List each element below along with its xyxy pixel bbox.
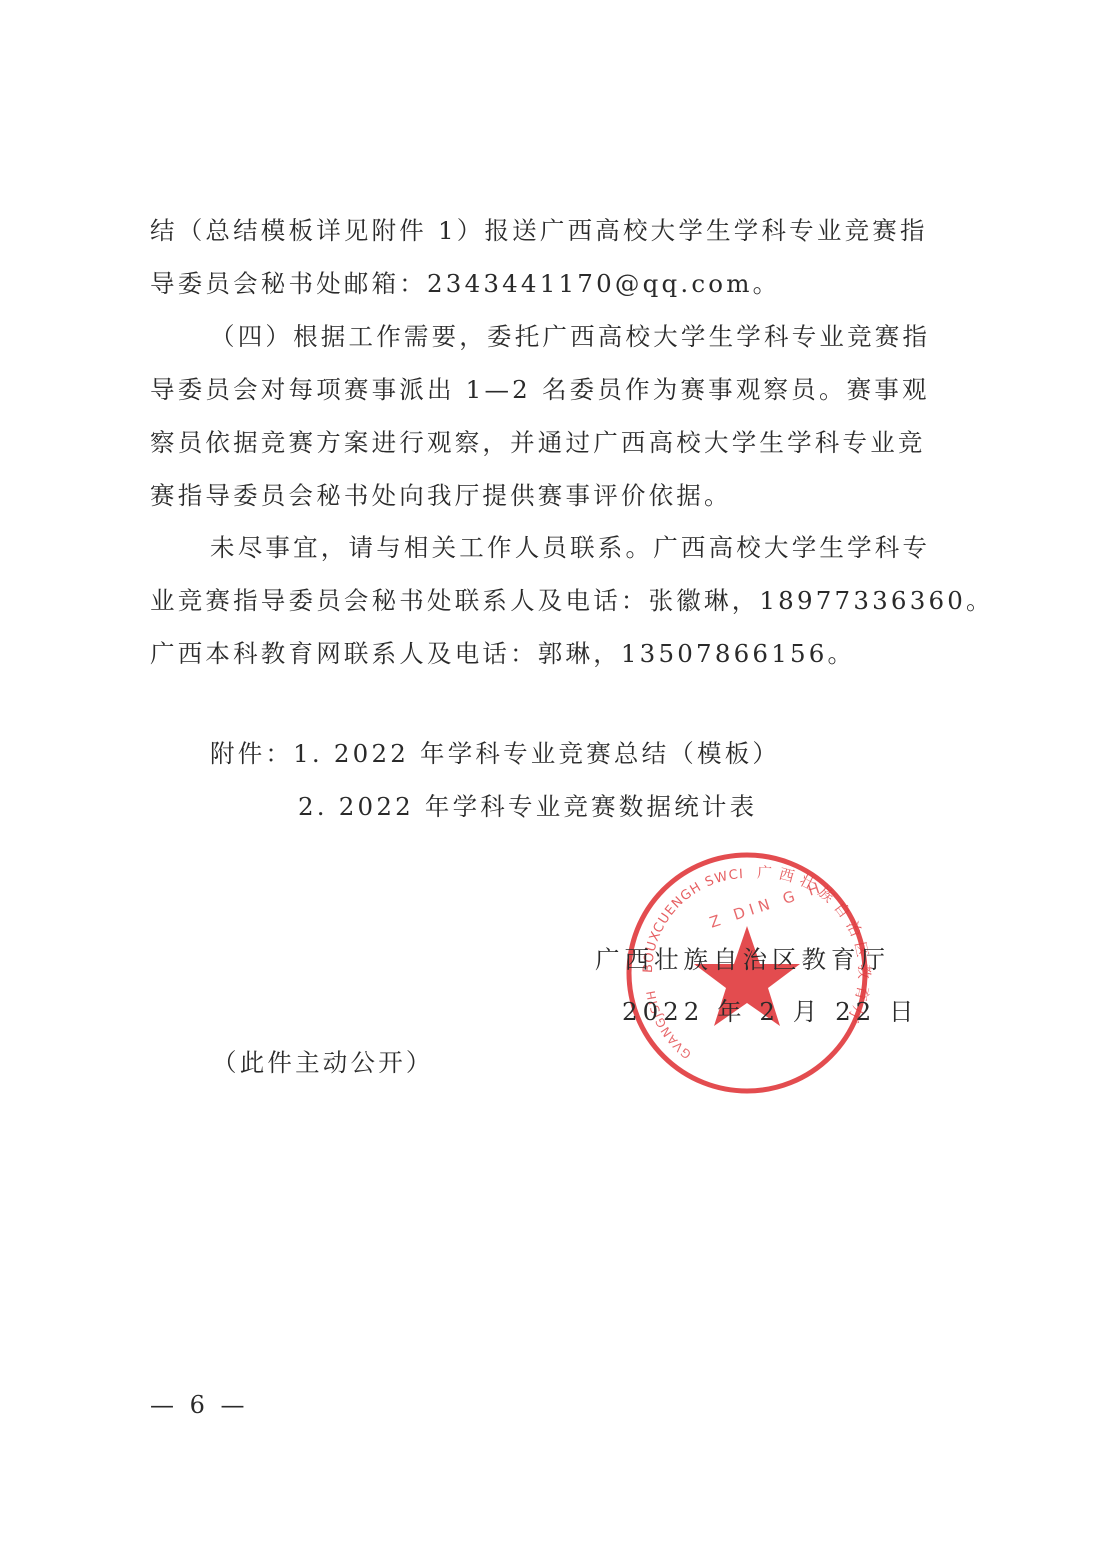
svg-text:Z DIN G H: Z DIN G H [707,878,826,932]
body-line: 未尽事宜，请与相关工作人员联系。广西高校大学生学科专 [210,529,930,564]
body-line: 导委员会对每项赛事派出 1—2 名委员作为赛事观察员。赛事观 [150,371,930,406]
body-line-contact: 业竞赛指导委员会秘书处联系人及电话：张徽琳，18977336360。 [150,582,994,617]
attachments-block: 附件：1. 2022 年学科专业竞赛总结（模板） [210,735,780,770]
body-line: 赛指导委员会秘书处向我厅提供赛事评价依据。 [150,477,732,512]
disclosure-note: （此件主动公开） [212,1044,434,1079]
body-line: 结（总结模板详见附件 1）报送广西高校大学生学科专业竞赛指 [150,212,928,247]
attachment-item: 2. 2022 年学科专业竞赛数据统计表 [298,788,757,823]
issuer-name: 广西壮族自治区教育厅 [595,941,890,976]
page-number: — 6 — [150,1391,249,1419]
body-line-contact: 广西本科教育网联系人及电话：郭琳，13507866156。 [150,635,855,670]
attachment-item: 1. 2022 年学科专业竞赛总结（模板） [293,739,780,768]
body-line-email: 导委员会秘书处邮箱：2343441170@qq.com。 [150,265,780,300]
body-line: （四）根据工作需要，委托广西高校大学生学科专业竞赛指 [210,318,930,353]
issue-date: 2022 年 2 月 22 日 [622,993,919,1028]
attachments-label: 附件： [210,739,293,768]
body-line: 察员依据竞赛方案进行观察，并通过广西高校大学生学科专业竞 [150,424,926,459]
